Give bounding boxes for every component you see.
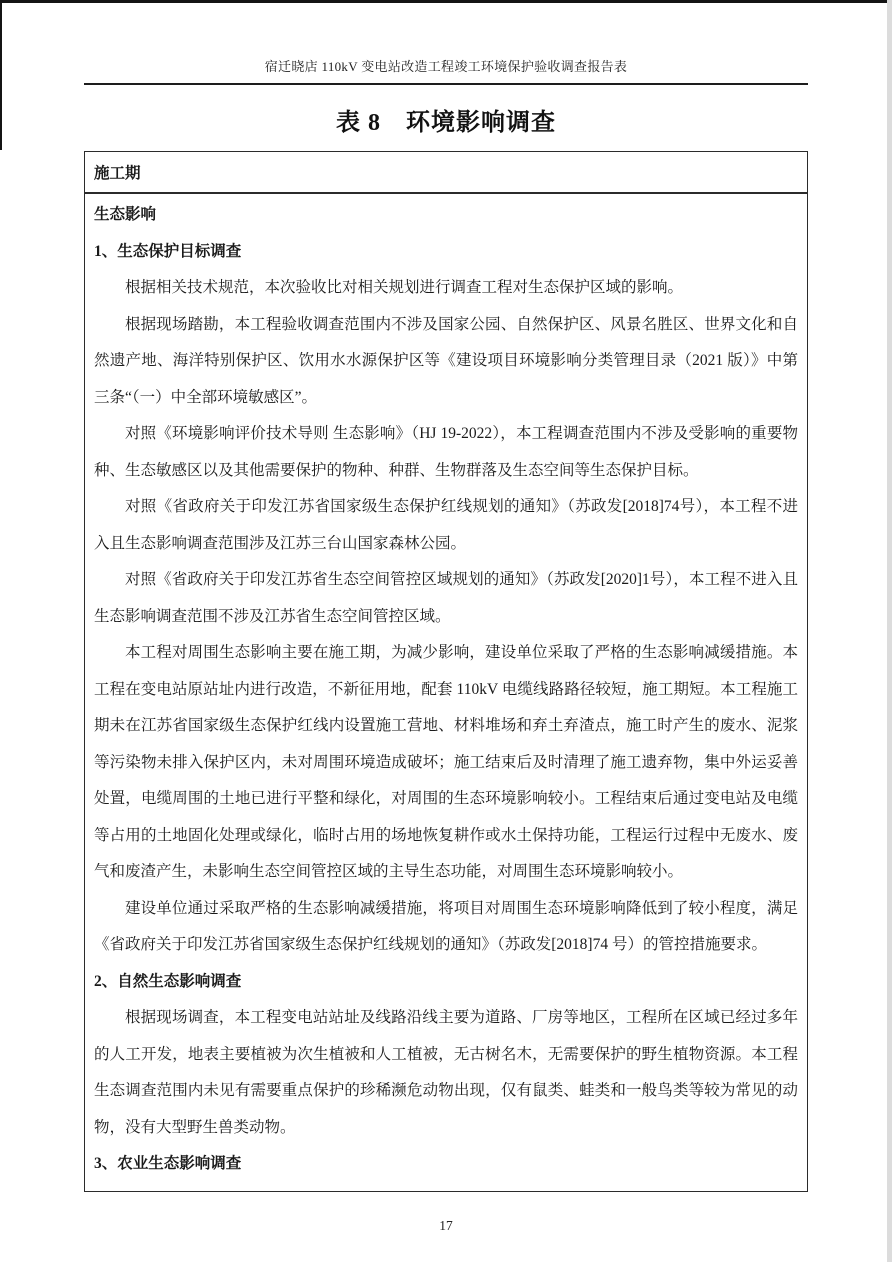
phase-label: 施工期 xyxy=(94,161,141,183)
section-heading: 生态影响 xyxy=(94,197,798,234)
report-table: 施工期 生态影响1、生态保护目标调查根据相关技术规范，本次验收比对相关规划进行调… xyxy=(84,151,808,1192)
body-paragraph: 对照《省政府关于印发江苏省国家级生态保护红线规划的通知》（苏政发[2018]74… xyxy=(94,489,798,562)
body-paragraph: 根据现场调查，本工程变电站站址及线路沿线主要为道路、厂房等地区，工程所在区域已经… xyxy=(94,1000,798,1146)
body-paragraph: 对照《环境影响评价技术导则 生态影响》（HJ 19-2022），本工程调查范围内… xyxy=(94,416,798,489)
body-paragraph: 根据相关技术规范，本次验收比对相关规划进行调查工程对生态保护区域的影响。 xyxy=(94,270,798,307)
body-paragraph: 本工程对周围生态影响主要在施工期，为减少影响，建设单位采取了严格的生态影响减缓措… xyxy=(94,635,798,891)
body-paragraph: 建设单位通过采取严格的生态影响减缓措施，将项目对周围生态环境影响降低到了较小程度… xyxy=(94,891,798,964)
scan-artifact-top-edge xyxy=(0,0,892,3)
section-heading: 1、生态保护目标调查 xyxy=(94,234,798,271)
table-row-phase: 施工期 xyxy=(85,152,807,194)
section-heading: 2、自然生态影响调查 xyxy=(94,964,798,1001)
table-cell-content: 生态影响1、生态保护目标调查根据相关技术规范，本次验收比对相关规划进行调查工程对… xyxy=(85,194,807,1191)
page-number: 17 xyxy=(84,1218,808,1234)
section-heading: 3、农业生态影响调查 xyxy=(94,1146,798,1183)
scan-artifact-left-edge xyxy=(0,0,2,150)
body-paragraph: 对照《省政府关于印发江苏省生态空间管控区域规划的通知》（苏政发[2020]1号）… xyxy=(94,562,798,635)
body-paragraph: 根据现场踏勘，本工程验收调查范围内不涉及国家公园、自然保护区、风景名胜区、世界文… xyxy=(94,307,798,417)
page-title: 表 8 环境影响调查 xyxy=(84,102,808,137)
document-page: 宿迁晓店 110kV 变电站改造工程竣工环境保护验收调查报告表 表 8 环境影响… xyxy=(84,56,808,1234)
scan-artifact-right-edge xyxy=(887,0,892,1262)
running-header: 宿迁晓店 110kV 变电站改造工程竣工环境保护验收调查报告表 xyxy=(84,56,808,85)
